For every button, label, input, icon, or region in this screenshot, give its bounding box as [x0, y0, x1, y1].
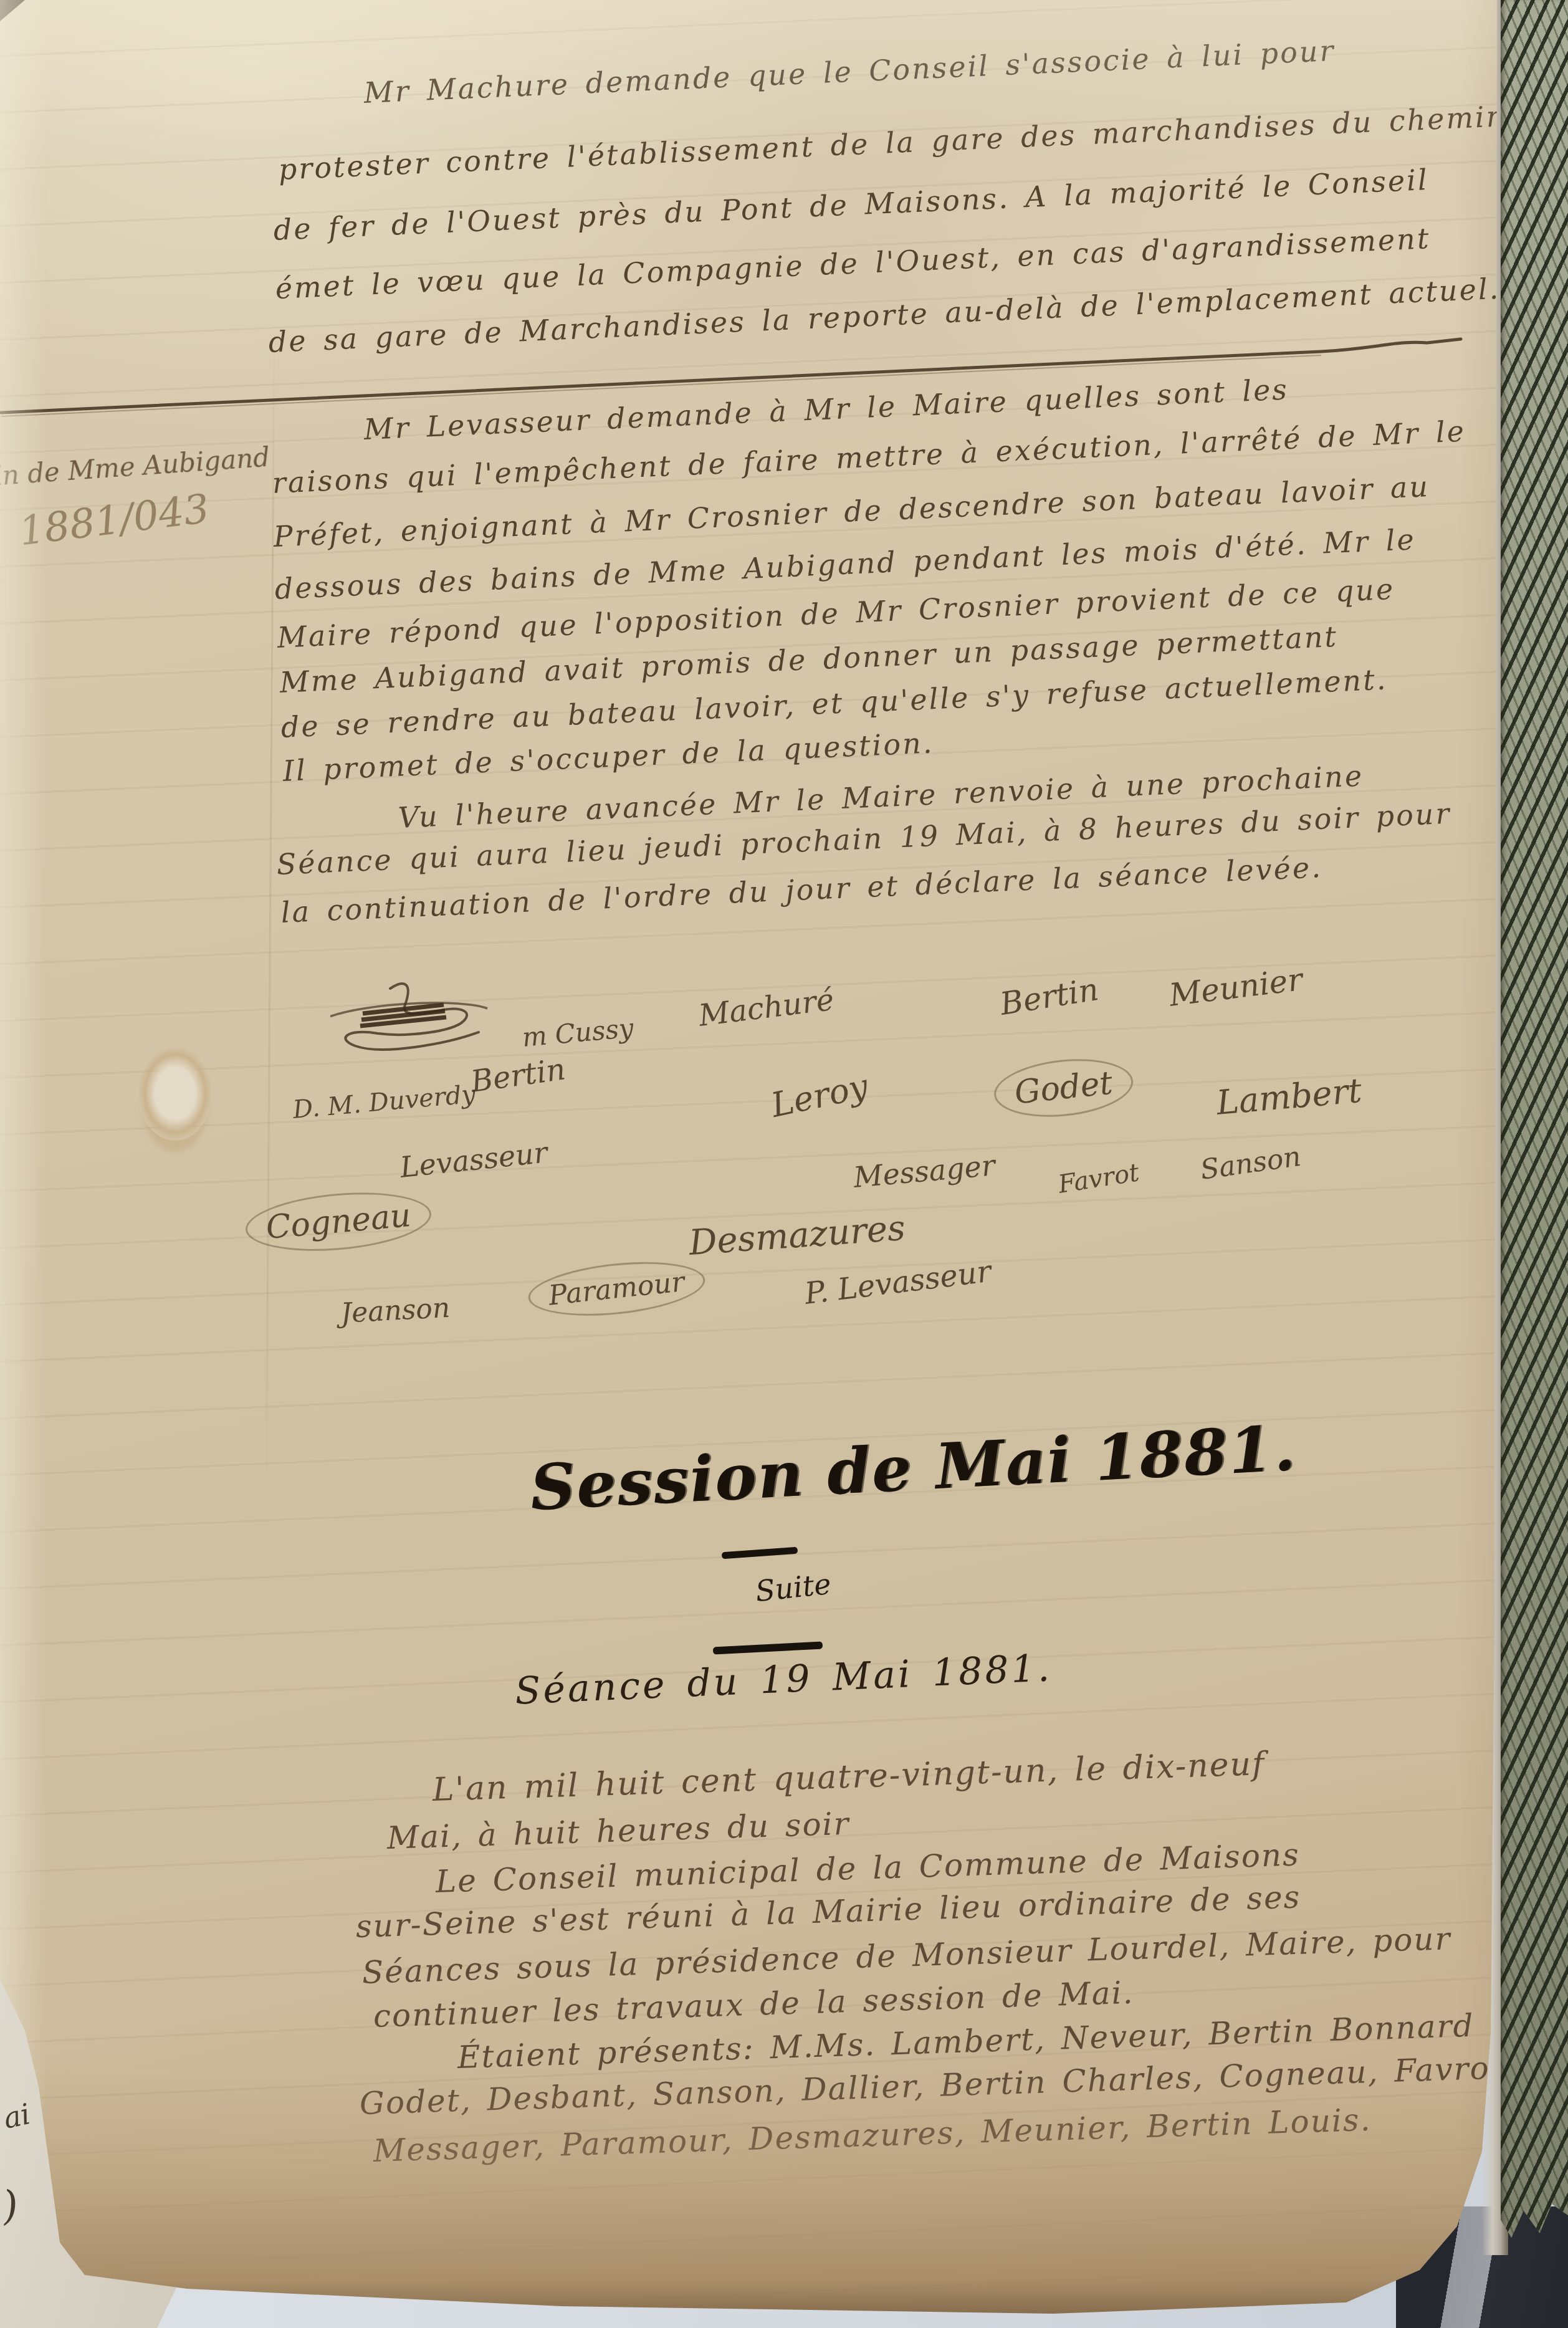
signature: Levasseur	[398, 1135, 549, 1184]
signature: Bertin	[998, 971, 1101, 1022]
margin-note: Bain de Mme Aubigand	[0, 442, 271, 494]
manuscript-line: Mr Machure demande que le Conseil s'asso…	[363, 34, 1336, 110]
crossed-out-signature	[330, 977, 492, 1071]
signature: Sanson	[1198, 1141, 1303, 1186]
signature: Cogneau	[243, 1186, 434, 1258]
seance-date-line: Séance du 19 Mai 1881.	[514, 1646, 1053, 1713]
signature: Meunier	[1167, 961, 1304, 1013]
suite-label: Suite	[754, 1567, 833, 1608]
photo-corner-shadow	[0, 0, 25, 21]
heading-rule-bottom	[713, 1641, 823, 1654]
underpage-ink-fragment: )	[0, 2182, 21, 2230]
signature: Jeanson	[340, 1292, 451, 1329]
session-title: Session de Mai 1881.	[528, 1411, 1298, 1525]
manuscript-photo: ai ) Mr Machure demande que le Conseil s…	[0, 0, 1568, 2328]
vertical-fold-crease	[265, 337, 275, 1508]
signature: Machuré	[697, 982, 836, 1033]
signature: Lambert	[1215, 1071, 1364, 1123]
signature: Desmazures	[687, 1208, 906, 1263]
signature: D. M. Duverdy	[292, 1080, 477, 1124]
manuscript-line: L'an mil huit cent quatre-vingt-un, le d…	[432, 1745, 1266, 1809]
signature: Leroy	[768, 1066, 871, 1125]
signature: m Cussy	[521, 1013, 635, 1053]
signature: Godet	[992, 1053, 1136, 1123]
manuscript-page: Mr Machure demande que le Conseil s'asso…	[0, 0, 1568, 2328]
signature: Bertin	[469, 1051, 568, 1099]
manuscript-line: Mai, à huit heures du soir	[386, 1806, 850, 1856]
underpage-ink-fragment: ai	[1, 2097, 33, 2135]
signature: Messager	[852, 1148, 996, 1194]
signature: P. Levasseur	[803, 1254, 993, 1311]
signature: Favrot	[1056, 1158, 1141, 1199]
marbled-book-edge	[1501, 0, 1568, 2251]
registry-number: 1881/043	[17, 486, 212, 555]
paper-stain	[138, 1046, 212, 1141]
signature: Paramour	[526, 1255, 708, 1323]
heading-rule-top	[722, 1547, 798, 1559]
